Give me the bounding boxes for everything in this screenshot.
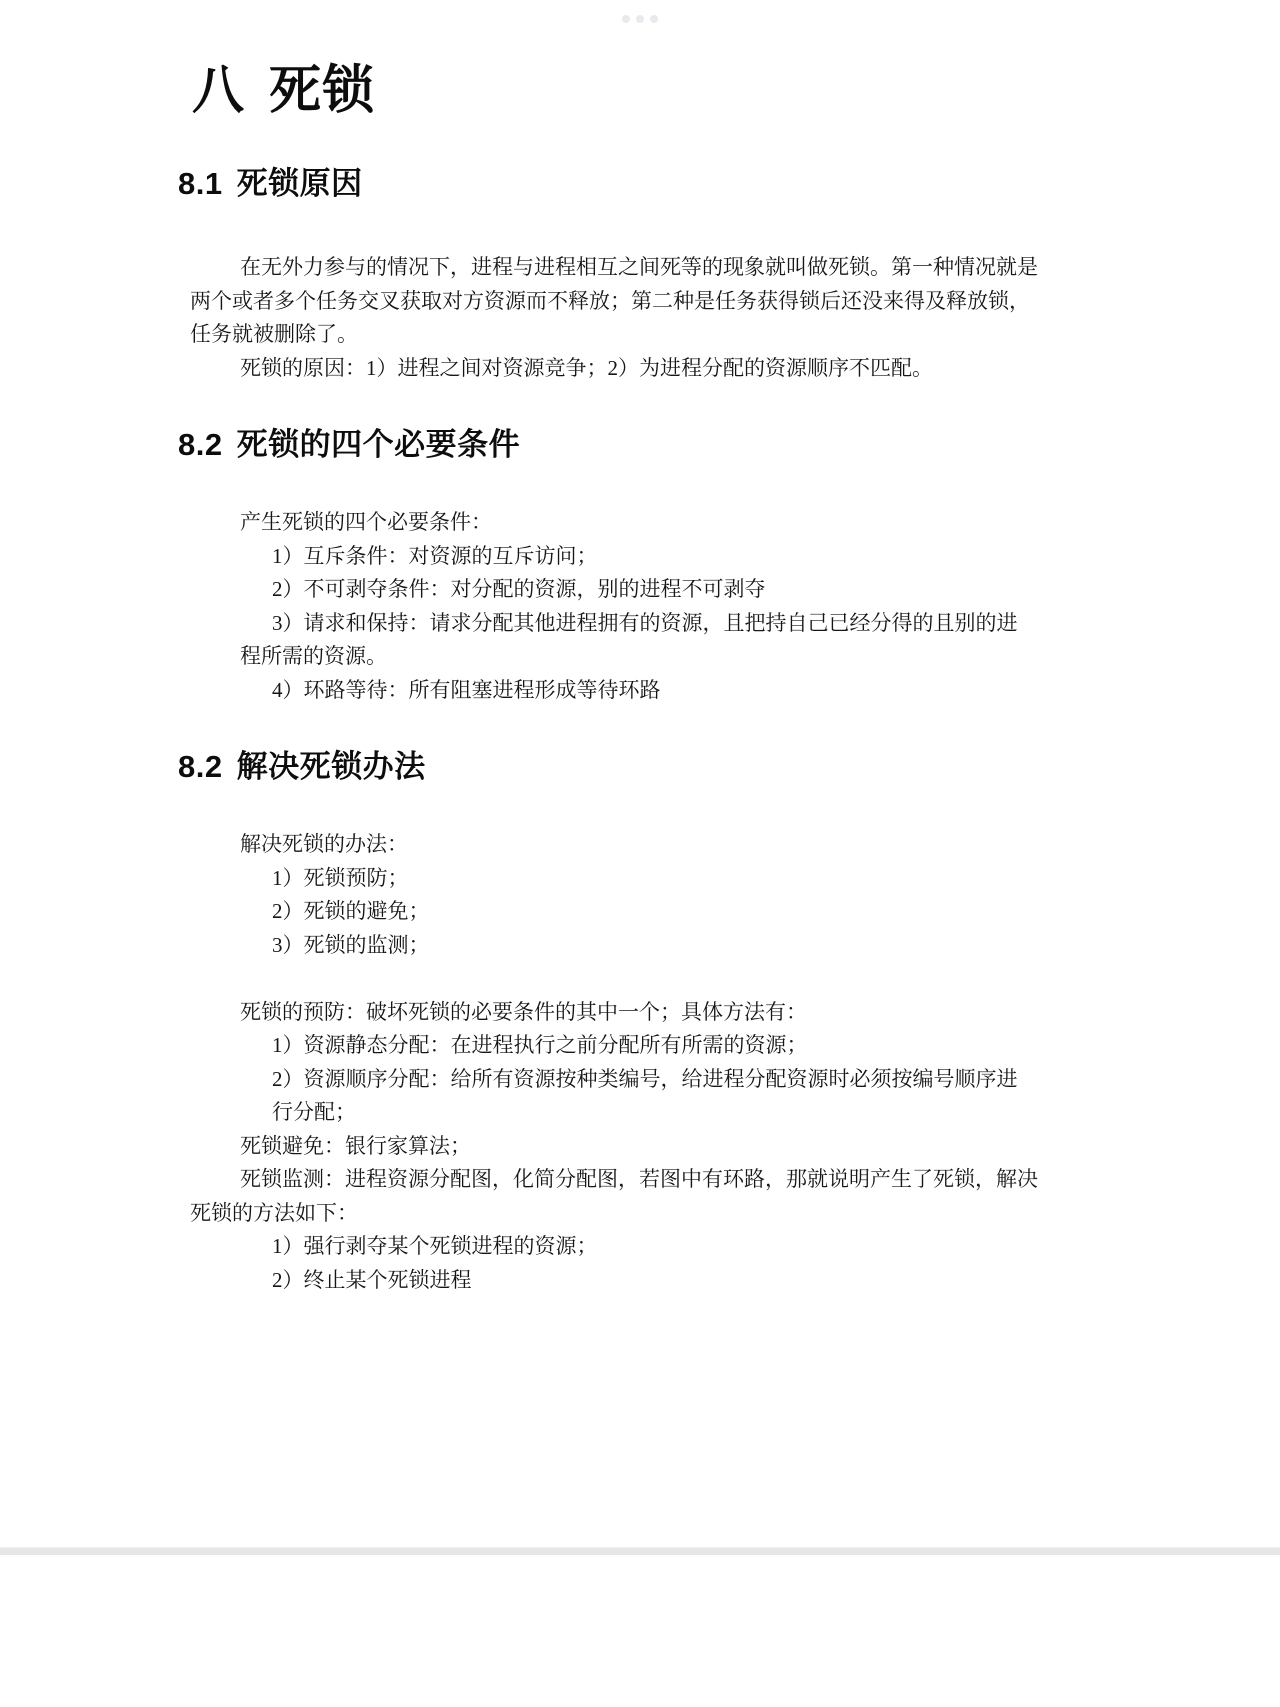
sections: 8.1死锁原因在无外力参与的情况下，进程与进程相互之间死等的现象就叫做死锁。第一… bbox=[178, 164, 1014, 1297]
text-line: 任务就被删除了。 bbox=[190, 318, 1014, 352]
document-content: 八死锁 8.1死锁原因在无外力参与的情况下，进程与进程相互之间死等的现象就叫做死… bbox=[178, 0, 1014, 1297]
section-blocks: 产生死锁的四个必要条件：1）互斥条件：对资源的互斥访问；2）不可剥夺条件：对分配… bbox=[178, 506, 1014, 707]
text-line: 在无外力参与的情况下，进程与进程相互之间死等的现象就叫做死锁。第一种情况就是 bbox=[190, 251, 1014, 285]
text-line: 1）死锁预防； bbox=[272, 862, 1014, 896]
title-number: 八 bbox=[192, 62, 245, 120]
text-line: 1）强行剥夺某个死锁进程的资源； bbox=[272, 1230, 1014, 1264]
text-line: 产生死锁的四个必要条件： bbox=[190, 506, 1014, 540]
text-line: 2）不可剥夺条件：对分配的资源，别的进程不可剥夺 bbox=[272, 573, 1014, 607]
text-line: 死锁的预防：破坏死锁的必要条件的其中一个；具体方法有： bbox=[190, 996, 1014, 1030]
section-heading: 8.2解决死锁办法 bbox=[178, 747, 1014, 787]
section-heading: 8.1死锁原因 bbox=[178, 164, 1014, 204]
section: 8.1死锁原因在无外力参与的情况下，进程与进程相互之间死等的现象就叫做死锁。第一… bbox=[178, 164, 1014, 385]
section-blocks: 解决死锁的办法：1）死锁预防；2）死锁的避免；3）死锁的监测；死锁的预防：破坏死… bbox=[178, 828, 1014, 1297]
text-line: 死锁的原因：1）进程之间对资源竞争；2）为进程分配的资源顺序不匹配。 bbox=[190, 352, 1014, 386]
heading-text: 死锁的四个必要条件 bbox=[237, 427, 521, 462]
section-blocks: 在无外力参与的情况下，进程与进程相互之间死等的现象就叫做死锁。第一种情况就是两个… bbox=[178, 251, 1014, 385]
heading-text: 解决死锁办法 bbox=[237, 749, 426, 784]
text-line: 1）互斥条件：对资源的互斥访问； bbox=[272, 540, 1014, 574]
text-line: 程所需的资源。 bbox=[190, 640, 1014, 674]
heading-number: 8.2 bbox=[178, 749, 223, 784]
heading-number: 8.1 bbox=[178, 166, 223, 201]
title-text: 死锁 bbox=[269, 62, 375, 120]
next-page-area bbox=[0, 1555, 1280, 1707]
section: 8.2死锁的四个必要条件产生死锁的四个必要条件：1）互斥条件：对资源的互斥访问；… bbox=[178, 425, 1014, 707]
text-line: 两个或者多个任务交叉获取对方资源而不释放；第二种是任务获得锁后还没来得及释放锁， bbox=[190, 285, 1014, 319]
text-line: 2）死锁的避免； bbox=[272, 895, 1014, 929]
text-line: 死锁避免：银行家算法； bbox=[190, 1130, 1014, 1164]
text-line: 1）资源静态分配：在进程执行之前分配所有所需的资源； bbox=[272, 1029, 1014, 1063]
section: 8.2解决死锁办法解决死锁的办法：1）死锁预防；2）死锁的避免；3）死锁的监测；… bbox=[178, 747, 1014, 1297]
heading-text: 死锁原因 bbox=[237, 166, 363, 201]
text-line: 解决死锁的办法： bbox=[190, 828, 1014, 862]
text-line: 死锁监测：进程资源分配图，化简分配图，若图中有环路，那就说明产生了死锁，解决 bbox=[190, 1163, 1014, 1197]
text-line: 2）资源顺序分配：给所有资源按种类编号，给进程分配资源时必须按编号顺序进 bbox=[272, 1063, 1014, 1097]
document-viewer-page: 八死锁 8.1死锁原因在无外力参与的情况下，进程与进程相互之间死等的现象就叫做死… bbox=[0, 0, 1280, 1707]
text-line: 2）终止某个死锁进程 bbox=[272, 1264, 1014, 1298]
document-title: 八死锁 bbox=[192, 61, 1014, 121]
text-line bbox=[190, 962, 1014, 996]
text-line: 3）死锁的监测； bbox=[272, 929, 1014, 963]
section-heading: 8.2死锁的四个必要条件 bbox=[178, 425, 1014, 465]
text-line: 行分配； bbox=[272, 1096, 1014, 1130]
text-line: 4）环路等待：所有阻塞进程形成等待环路 bbox=[272, 674, 1014, 708]
text-line: 3）请求和保持：请求分配其他进程拥有的资源，且把持自己已经分得的且别的进 bbox=[272, 607, 1014, 641]
text-line: 死锁的方法如下： bbox=[190, 1197, 1014, 1231]
heading-number: 8.2 bbox=[178, 427, 223, 462]
